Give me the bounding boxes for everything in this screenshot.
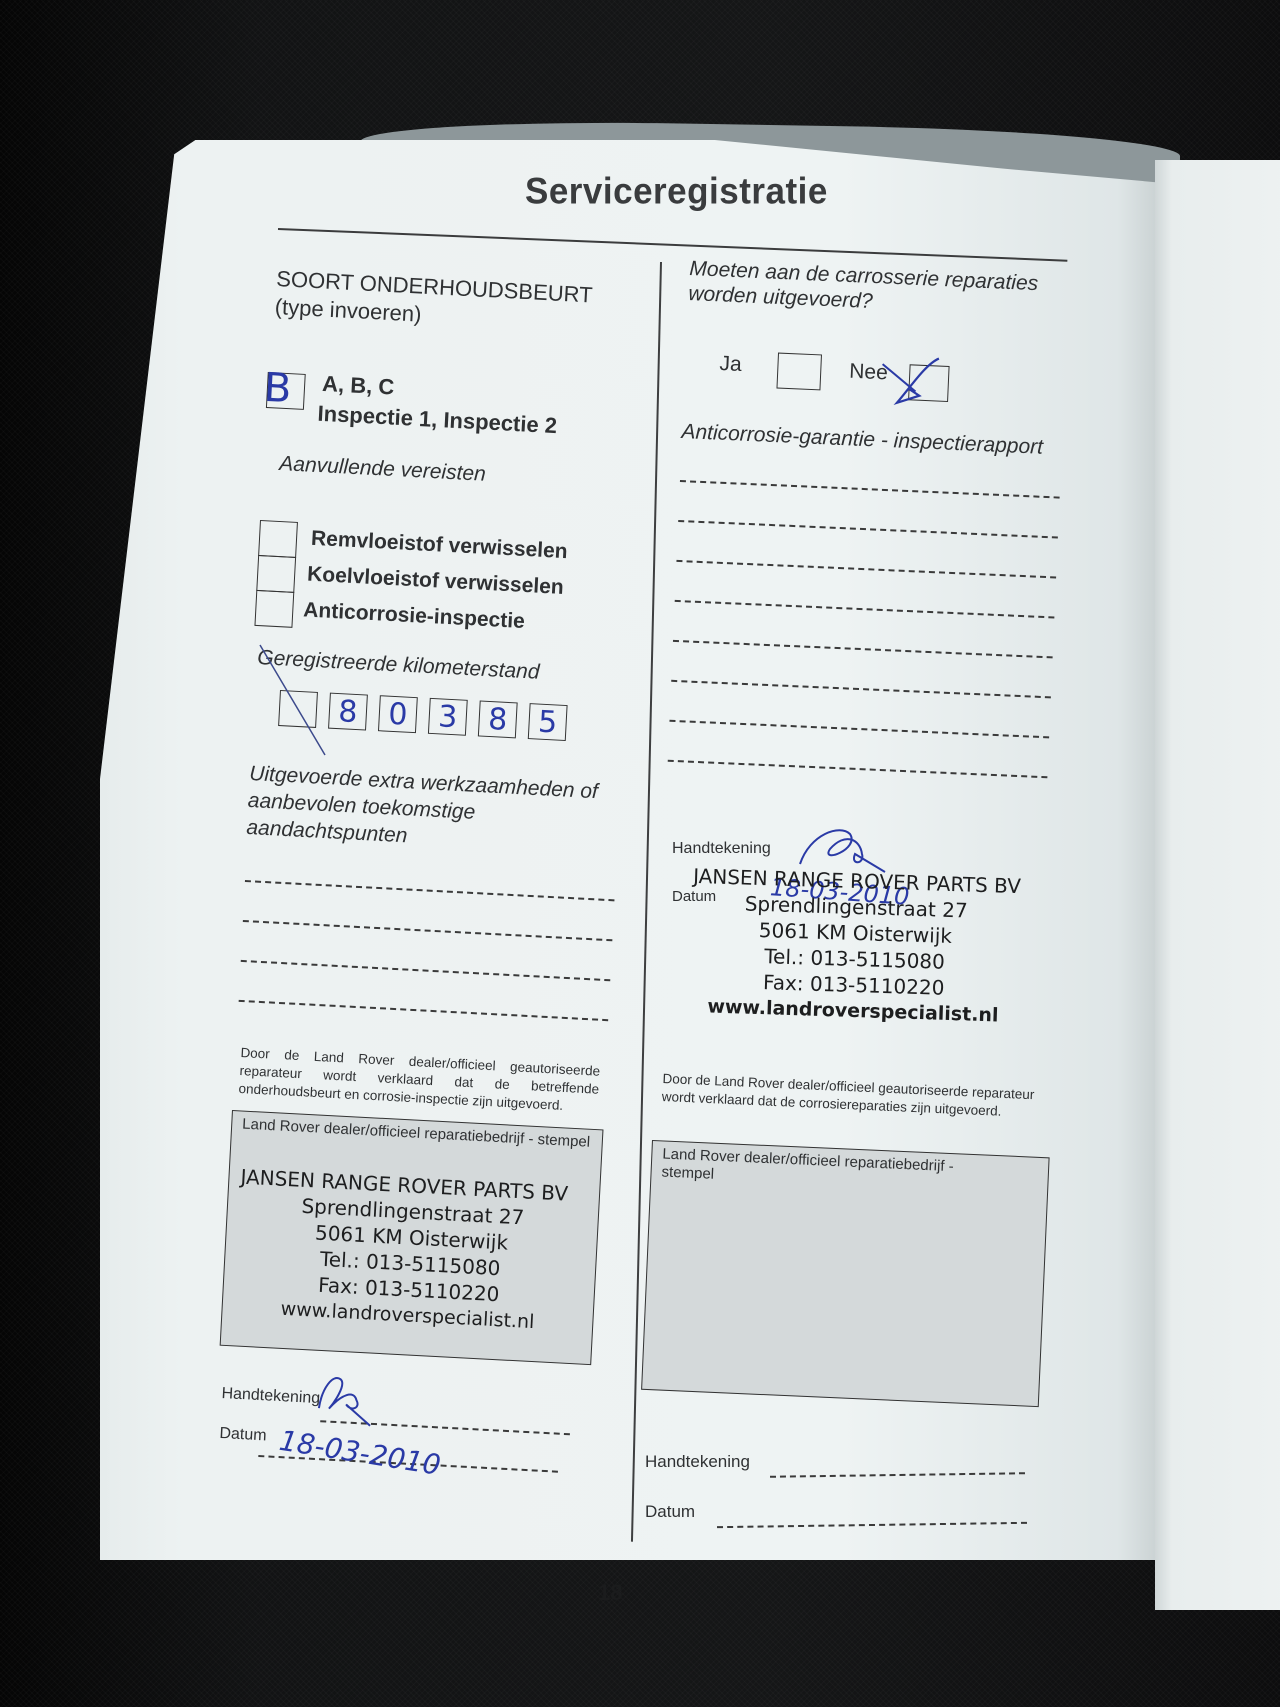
dotted-line	[676, 560, 1056, 579]
dotted-line	[241, 960, 611, 981]
dotted-line	[675, 600, 1055, 619]
signature-scribble	[310, 1368, 383, 1432]
service-option-abc: A, B, C	[322, 371, 395, 401]
mileage-digit: 5	[528, 703, 568, 741]
page-number: 18	[598, 1580, 622, 1606]
yes-checkbox[interactable]	[776, 353, 822, 391]
stamp-impression: JANSEN RANGE ROVER PARTS BV Sprendlingen…	[222, 1163, 600, 1338]
checkbox-anticorrosie[interactable]	[254, 590, 294, 628]
dotted-line	[673, 640, 1053, 659]
strike-line	[255, 640, 355, 760]
dotted-line	[243, 920, 613, 941]
signature-label: Handtekening	[672, 840, 771, 858]
inspection-report-lines[interactable]	[668, 480, 1060, 778]
extra-work-lines[interactable]	[239, 880, 615, 1021]
no-checkbox[interactable]	[908, 364, 950, 402]
left-stamp-box: Land Rover dealer/officieel reparatiebed…	[220, 1110, 604, 1365]
stamp-impression: JANSEN RANGE ROVER PARTS BV Sprendlingen…	[648, 862, 1063, 1031]
checkbox-remvloeistof[interactable]	[258, 520, 298, 558]
dotted-line	[671, 680, 1051, 699]
service-type-handwritten: B	[263, 365, 293, 412]
checkbox-koelvloeistof[interactable]	[256, 555, 296, 593]
mileage-digit: 0	[378, 695, 418, 733]
mileage-digit: 8	[478, 700, 518, 738]
dotted-line	[678, 520, 1058, 539]
service-type-box[interactable]: B	[266, 372, 306, 410]
check-mark-icon	[879, 352, 962, 415]
signature-label: Handtekening	[645, 1452, 750, 1472]
right-stamp-box: Land Rover dealer/officieel reparatiebed…	[641, 1140, 1050, 1407]
date-label: Datum	[645, 1502, 695, 1522]
booklet-next-page	[1155, 160, 1280, 1610]
yes-label: Ja	[719, 352, 742, 377]
page-title: Serviceregistratie	[525, 171, 828, 213]
mileage-digit: 3	[428, 698, 468, 736]
dotted-line	[669, 720, 1049, 739]
